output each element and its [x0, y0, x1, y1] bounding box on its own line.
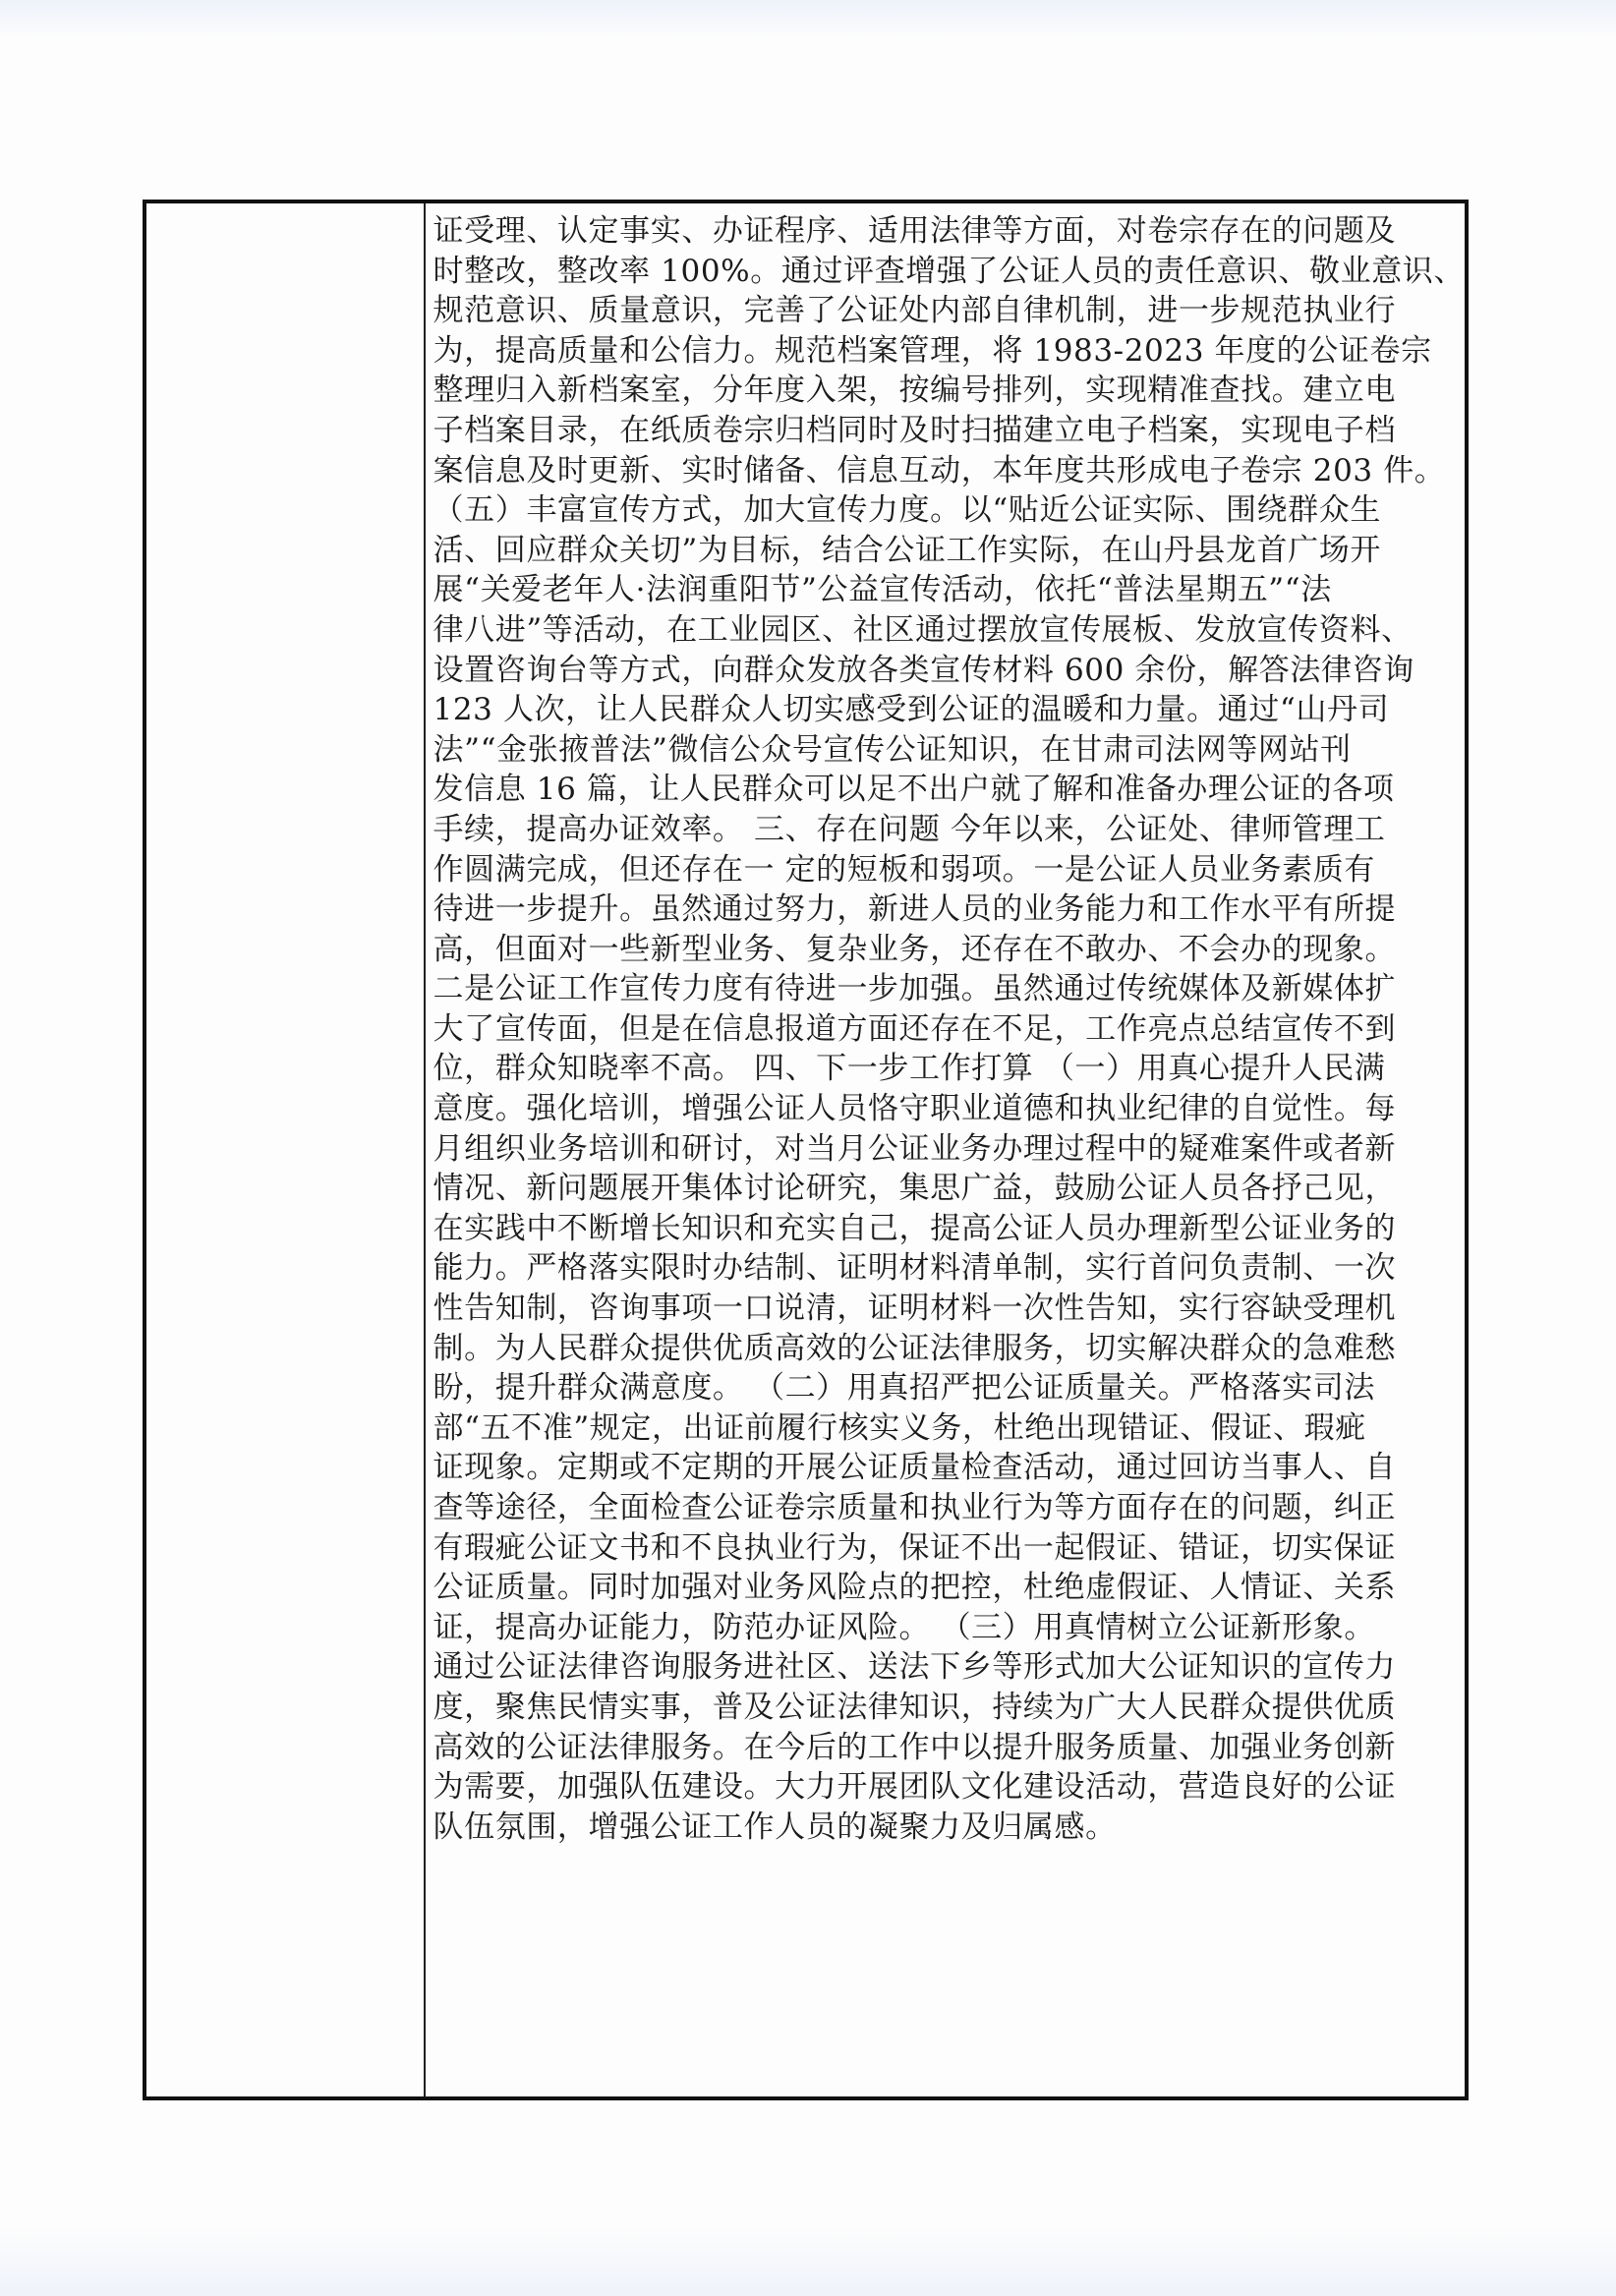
body-text-line: 123 人次，让人民群众人切实感受到公证的温暖和力量。通过“山丹司	[433, 690, 1465, 730]
body-text-line: 律八进”等活动，在工业园区、社区通过摆放宣传展板、发放宣传资料、	[433, 610, 1465, 651]
body-text-line: 高，但面对一些新型业务、复杂业务，还存在不敢办、不会办的现象。	[433, 930, 1465, 970]
body-text-line: 查等途径，全面检查公证卷宗质量和执业行为等方面存在的问题，纠正	[433, 1488, 1465, 1528]
body-text-line: 证受理、认定事实、办证程序、适用法律等方面，对卷宗存在的问题及	[433, 211, 1465, 252]
body-text-line: 位，群众知晓率不高。 四、下一步工作打算 （一）用真心提升人民满	[433, 1049, 1465, 1089]
body-text-line: 设置咨询台等方式，向群众发放各类宣传材料 600 余份，解答法律咨询	[433, 651, 1465, 691]
scan-edge-bottom	[0, 2227, 1616, 2296]
body-text-line: 发信息 16 篇，让人民群众可以足不出户就了解和准备办理公证的各项	[433, 770, 1465, 810]
body-text-line: 情况、新问题展开集体讨论研究，集思广益，鼓励公证人员各抒己见，	[433, 1169, 1465, 1209]
body-text-line: 度，聚焦民情实事，普及公证法律知识，持续为广大人民群众提供优质	[433, 1688, 1465, 1728]
body-text-line: 二是公证工作宣传力度有待进一步加强。虽然通过传统媒体及新媒体扩	[433, 969, 1465, 1009]
body-text-line: 大了宣传面，但是在信息报道方面还存在不足，工作亮点总结宣传不到	[433, 1009, 1465, 1050]
body-text-line: 作圆满完成，但还存在一 定的短板和弱项。一是公证人员业务素质有	[433, 850, 1465, 890]
scan-edge-top	[0, 0, 1616, 39]
body-text-line: 意度。强化培训，增强公证人员恪守职业道德和执业纪律的自觉性。每	[433, 1089, 1465, 1129]
body-text-line: （五）丰富宣传方式，加大宣传力度。以“贴近公证实际、围绕群众生	[433, 490, 1465, 531]
body-text-line: 在实践中不断增长知识和充实自己，提高公证人员办理新型公证业务的	[433, 1209, 1465, 1249]
body-text-line: 规范意识、质量意识，完善了公证处内部自律机制，进一步规范执业行	[433, 291, 1465, 331]
body-text-line: 公证质量。同时加强对业务风险点的把控，杜绝虚假证、人情证、关系	[433, 1568, 1465, 1608]
body-text-line: 时整改，整改率 100%。通过评查增强了公证人员的责任意识、敬业意识、	[433, 252, 1465, 292]
body-text-line: 高效的公证法律服务。在今后的工作中以提升服务质量、加强业务创新	[433, 1728, 1465, 1768]
body-text-line: 为，提高质量和公信力。规范档案管理，将 1983-2023 年度的公证卷宗	[433, 331, 1465, 372]
body-text-line: 证现象。定期或不定期的开展公证质量检查活动，通过回访当事人、自	[433, 1448, 1465, 1488]
body-text-line: 盼，提升群众满意度。 （二）用真招严把公证质量关。严格落实司法	[433, 1368, 1465, 1408]
left-label-cell	[146, 203, 426, 2096]
body-text-line: 证，提高办证能力，防范办证风险。 （三）用真情树立公证新形象。	[433, 1608, 1465, 1648]
form-table: 证受理、认定事实、办证程序、适用法律等方面，对卷宗存在的问题及时整改，整改率 1…	[143, 200, 1469, 2100]
body-text-line: 性告知制，咨询事项一口说清，证明材料一次性告知，实行容缺受理机	[433, 1289, 1465, 1329]
body-text: 证受理、认定事实、办证程序、适用法律等方面，对卷宗存在的问题及时整改，整改率 1…	[433, 211, 1465, 1847]
body-text-line: 部“五不准”规定，出证前履行核实义务，杜绝出现错证、假证、瑕疵	[433, 1408, 1465, 1449]
body-text-line: 有瑕疵公证文书和不良执业行为，保证不出一起假证、错证，切实保证	[433, 1528, 1465, 1569]
body-text-line: 法”“金张掖普法”微信公众号宣传公证知识，在甘肃司法网等网站刊	[433, 730, 1465, 771]
body-text-line: 整理归入新档案室，分年度入架，按编号排列，实现精准查找。建立电	[433, 371, 1465, 411]
body-text-line: 案信息及时更新、实时储备、信息互动，本年度共形成电子卷宗 203 件。	[433, 451, 1465, 491]
body-text-line: 队伍氛围，增强公证工作人员的凝聚力及归属感。	[433, 1808, 1465, 1848]
body-text-line: 制。为人民群众提供优质高效的公证法律服务，切实解决群众的急难愁	[433, 1329, 1465, 1369]
body-text-line: 为需要，加强队伍建设。大力开展团队文化建设活动，营造良好的公证	[433, 1767, 1465, 1808]
body-text-line: 通过公证法律咨询服务进社区、送法下乡等形式加大公证知识的宣传力	[433, 1647, 1465, 1688]
body-text-line: 展“关爱老年人·法润重阳节”公益宣传活动，依托“普法星期五”“法	[433, 570, 1465, 610]
body-text-line: 待进一步提升。虽然通过努力，新进人员的业务能力和工作水平有所提	[433, 890, 1465, 930]
body-text-line: 月组织业务培训和研讨，对当月公证业务办理过程中的疑难案件或者新	[433, 1129, 1465, 1170]
body-text-line: 手续，提高办证效率。 三、存在问题 今年以来，公证处、律师管理工	[433, 810, 1465, 850]
right-content-cell: 证受理、认定事实、办证程序、适用法律等方面，对卷宗存在的问题及时整改，整改率 1…	[426, 203, 1465, 2096]
body-text-line: 能力。严格落实限时办结制、证明材料清单制，实行首问负责制、一次	[433, 1248, 1465, 1289]
body-text-line: 子档案目录，在纸质卷宗归档同时及时扫描建立电子档案，实现电子档	[433, 411, 1465, 451]
body-text-line: 活、回应群众关切”为目标，结合公证工作实际，在山丹县龙首广场开	[433, 531, 1465, 571]
